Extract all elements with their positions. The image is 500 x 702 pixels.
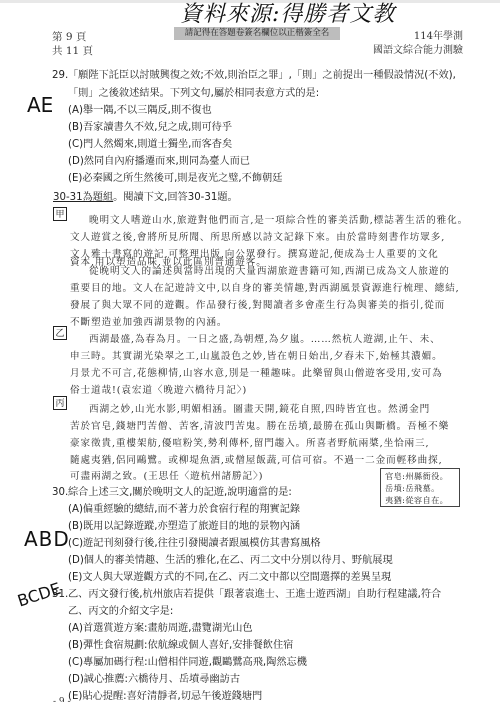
q30-option-a: (A)偏重經驗的總結,而不著力於食宿行程的翔實記錄 [68, 503, 300, 517]
passage-marker-bing: 丙 [53, 396, 67, 410]
handwritten-answer-q30: ABD [24, 527, 70, 551]
glossary-entry: 岳墳:岳飛墓。 [385, 482, 455, 494]
q29-stem-line2: 「則」之後敘述結果。下列文句,屬於相同表意方式的是: [68, 87, 319, 101]
exam-year: 114年學測 [414, 31, 463, 43]
question-group-heading: 30-31為題組。閱讀下文,回答30-31題。 [53, 191, 238, 205]
passage-bing-line: 隨處夷猶,侶同鷗鷺。或柳堤魚酒,或僧屋飯蔬,可信可宿。不過一二金而輕移曲探, [70, 454, 443, 468]
passage-jia-line: 晚明文人嗜遊山水,旅遊對他們而言,是一項綜合性的審美活動,標誌著生活的雅化。 [89, 214, 468, 228]
exam-page: 資料來源:得勝者文教 第 9 頁 共 11 頁 請記得在答題卷簽名欄位以正楷簽全… [0, 0, 500, 702]
passage-marker-jia: 甲 [53, 207, 67, 221]
q29-option-d: (D)然同自內府播遷而來,則同為臺人而已 [68, 155, 250, 169]
passage-jia-line: 不斷塑造並加強西湖景物的內涵。 [70, 316, 227, 330]
q30-option-c: (C)遊記刊刻發行後,往往引發閱讀者跟風模仿其書寫風格 [68, 537, 321, 551]
total-pages-label: 共 11 頁 [52, 45, 93, 57]
q31-option-e: (E)貼心提醒:喜好清靜者,切忌午後遊錢塘門 [68, 690, 262, 702]
q30-option-e: (E)文人與大眾遊觀方式的不同,在乙、丙二文中都以空間選擇的差異呈現 [68, 571, 391, 585]
passage-jia-line: 發展了與大眾不同的遊觀。作品發行後,對閱讀者多會產生行為與審美的指引,從而 [70, 299, 445, 313]
passage-yi-line: 申三時。其實湖光染翠之工,山嵐設色之妙,皆在朝日始出,夕舂未下,始極其濃媚。 [70, 350, 443, 364]
passage-jia-line: 文人遊賞之後,會將所見所聞、所思所感以詩文記錄下來。由於當時刻書作坊眾多, [70, 231, 445, 245]
q30-stem: 綜合上述三文,關於晚明文人的記遊,說明適當的是: [68, 486, 292, 500]
watermark-source: 資料來源:得勝者文教 [180, 2, 350, 28]
passage-marker-yi: 乙 [53, 326, 67, 340]
passage-bing-line: 可盡兩湖之致。(王思任〈遊杭州諸勝記〉) [70, 470, 263, 484]
q31-option-a: (A)首選賞遊方案:畫舫周遊,盡覽湖光山色 [68, 622, 253, 636]
q31-stem-line2: 乙、丙文的介紹文字是: [68, 605, 173, 619]
passage-yi-line: 西湖最盛,為春為月。一日之盛,為朝煙,為夕嵐。……然杭人遊湖,止午、未、 [89, 333, 441, 347]
question-group-label: 30-31為題組 [53, 192, 113, 203]
q31-stem-line1: 乙、丙文發行後,杭州旅店若提供「跟著袁進士、王進士遊西湖」自助行程建議,符合 [68, 588, 441, 602]
q30-number: 30. [52, 486, 68, 500]
passage-bing-line: 苦於官皂,錢塘門苦僧、苦客,清波門苦鬼。勝在岳墳,最勝在孤山與斷橋。吾極不樂 [70, 420, 449, 434]
passage-yi-line: 月景尤不可言,花態柳情,山容水意,別是一種趣味。此樂留與山僧遊客受用,安可為 [70, 367, 443, 381]
passage-yi-line: 俗士道哉!(袁宏道〈晚遊六橋待月記〉) [70, 384, 247, 398]
page-label: 第 9 頁 [52, 31, 86, 43]
q30-option-b: (B)既用以記錄遊蹤,亦塑造了旅遊目的地的景物內涵 [68, 520, 300, 534]
question-group-instruction: 。閱讀下文,回答30-31題。 [113, 192, 238, 203]
passage-jia-line: 從晚明文人的論述與當時出現的大量西湖旅遊書籍可知,西湖已成為文人旅遊的 [89, 265, 450, 279]
q29-option-e: (E)必秦國之所生然後可,則是夜光之璧,不飾朝廷 [68, 172, 282, 186]
handwritten-answer-q29: AE [27, 93, 53, 117]
q29-option-c: (C)門人然燭來,則道士獨坐,而客杳矣 [68, 138, 232, 152]
passage-jia-line: 重要目的地。文人在記遊詩文中,以自身的審美情趣,對西湖風景資源進行梳理、總結, [70, 282, 460, 296]
footer-page-number: - 9 - [53, 697, 71, 702]
glossary-box: 官皂:州縣衙役。 岳墳:岳飛墓。 夷猶:從容自在。 [380, 468, 460, 507]
q29-number: 29. [52, 69, 68, 83]
exam-subject: 國語文綜合能力測驗 [373, 45, 463, 57]
glossary-entry: 官皂:州縣衙役。 [385, 470, 455, 482]
q31-option-c: (C)專屬加碼行程:山僧相伴同遊,觀鷗鷺高飛,陶然忘機 [68, 656, 307, 670]
passage-bing-line: 豪家徵貴,重樓架舫,優喧粉笑,勢利傳杯,留門趨入。所喜者野航兩槳,坐恰兩三, [70, 437, 430, 451]
q31-option-d: (D)誠心推薦:六橋待月、岳墳尋幽訪古 [68, 673, 240, 687]
handwritten-answer-q31: BCDE [15, 579, 63, 611]
q29-stem-line1: 「願陛下託臣以討賊興復之效;不效,則治臣之罪」,「則」之前提出一種假設情況(不效… [68, 69, 456, 83]
passage-bing-line: 西湖之妙,山光水影,明媚相涵。圖畫天開,鏡花自照,四時皆宜也。然湧金門 [89, 403, 430, 417]
signature-notice: 請記得在答題卷簽名欄位以正楷簽全名 [174, 27, 340, 40]
glossary-entry: 夷猶:從容自在。 [385, 494, 455, 506]
q30-option-d: (D)個人的審美情趣、生活的雅化,在乙、丙二文中分別以待月、野航展現 [68, 554, 393, 568]
q31-option-b: (B)彈性食宿規劃:依航線或個人喜好,安排餐飲住宿 [68, 639, 293, 653]
q29-option-a: (A)舉一隅,不以三隅反,則不復也 [68, 104, 212, 118]
q29-option-b: (B)吾家讀書久不效,兒之成,則可待乎 [68, 121, 232, 135]
